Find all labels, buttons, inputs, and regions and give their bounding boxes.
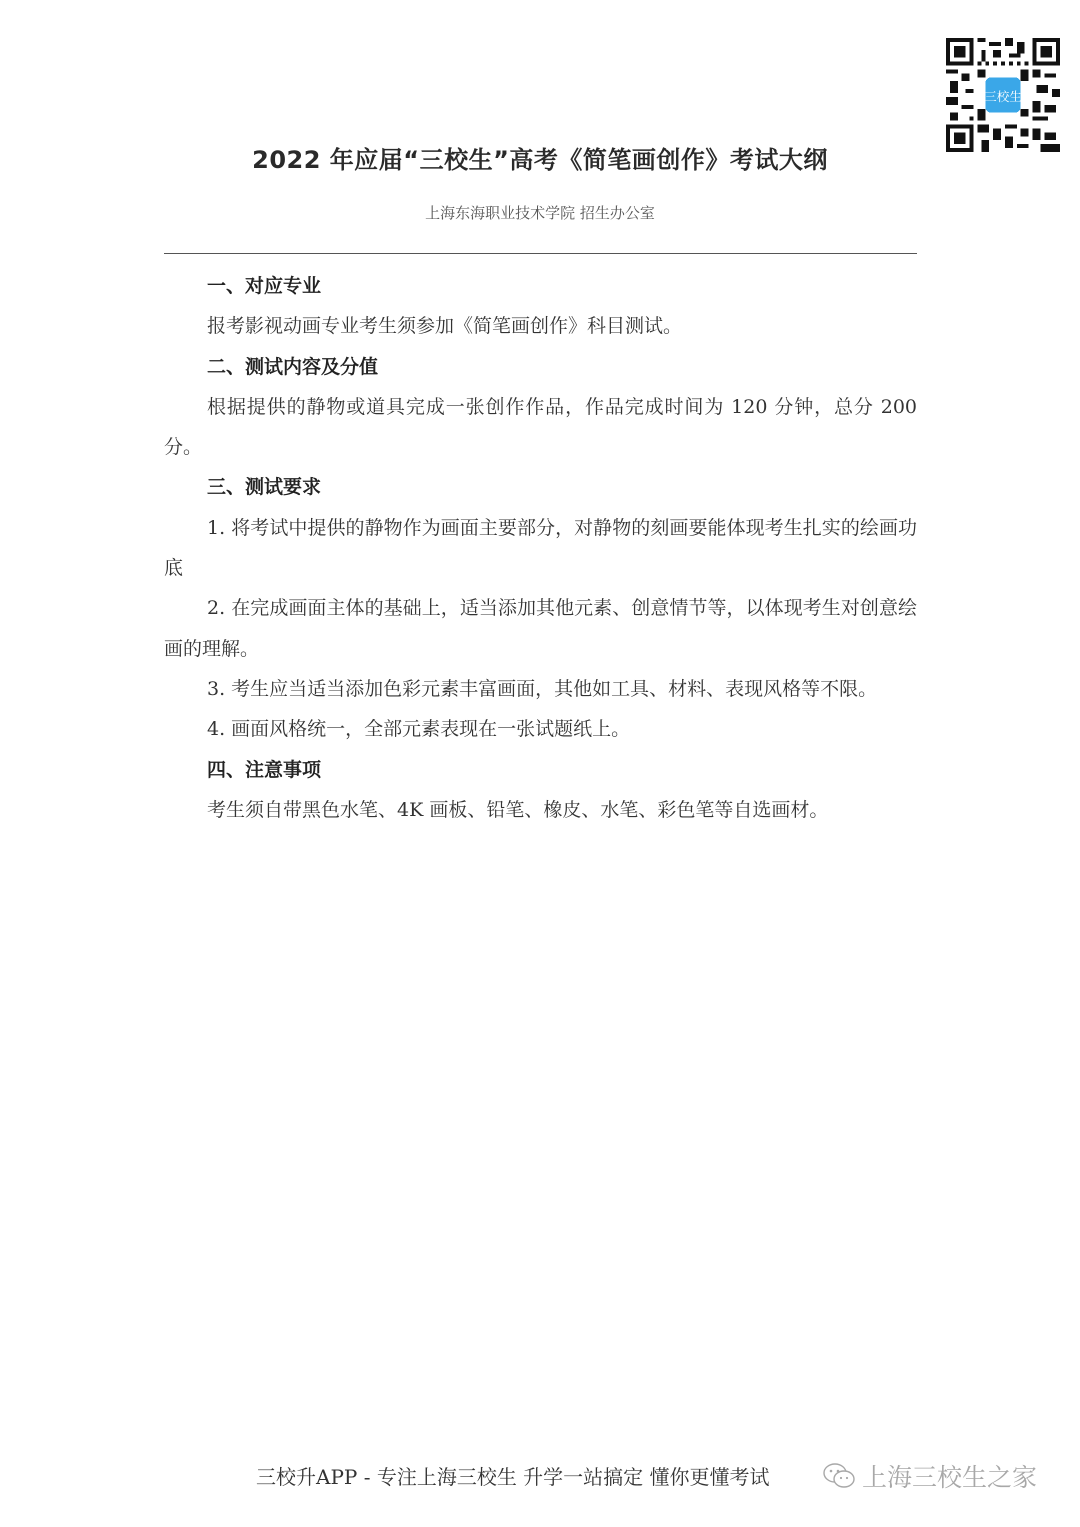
wechat-icon <box>822 1461 856 1491</box>
paragraph: 3. 考生应当适当添加色彩元素丰富画面，其他如工具、材料、表现风格等不限。 <box>164 669 917 709</box>
paragraph: 4. 画面风格统一，全部元素表现在一张试题纸上。 <box>164 709 917 749</box>
paragraph: 2. 在完成画面主体的基础上，适当添加其他元素、创意情节等，以体现考生对创意绘画… <box>164 588 917 669</box>
paragraph: 根据提供的静物或道具完成一张创作作品，作品完成时间为 120 分钟，总分 200… <box>164 387 917 468</box>
paragraph: 考生须自带黑色水笔、4K 画板、铅笔、橡皮、水笔、彩色笔等自选画材。 <box>164 790 917 830</box>
section-heading: 四、注意事项 <box>164 750 917 790</box>
qr-code: 三校生 <box>946 38 1060 152</box>
paragraph: 报考影视动画专业考生须参加《简笔画创作》科目测试。 <box>164 306 917 346</box>
svg-text:三校生: 三校生 <box>984 89 1022 104</box>
page-title: 2022 年应届“三校生”高考《简笔画创作》考试大纲 <box>0 140 1080 175</box>
footer-tagline: 三校升APP - 专注上海三校生 升学一站搞定 懂你更懂考试 <box>256 1461 770 1490</box>
paragraph: 1. 将考试中提供的静物作为画面主要部分，对静物的刻画要能体现考生扎实的绘画功底 <box>164 508 917 589</box>
document-body: 一、对应专业 报考影视动画专业考生须参加《简笔画创作》科目测试。 二、测试内容及… <box>164 266 917 830</box>
section-heading: 三、测试要求 <box>164 467 917 507</box>
section-heading: 二、测试内容及分值 <box>164 347 917 387</box>
watermark: 上海三校生之家 <box>822 1458 1037 1494</box>
watermark-text: 上海三校生之家 <box>862 1458 1037 1494</box>
header-divider <box>164 253 917 254</box>
issuer-subtitle: 上海东海职业技术学院 招生办公室 <box>0 202 1080 223</box>
section-heading: 一、对应专业 <box>164 266 917 306</box>
